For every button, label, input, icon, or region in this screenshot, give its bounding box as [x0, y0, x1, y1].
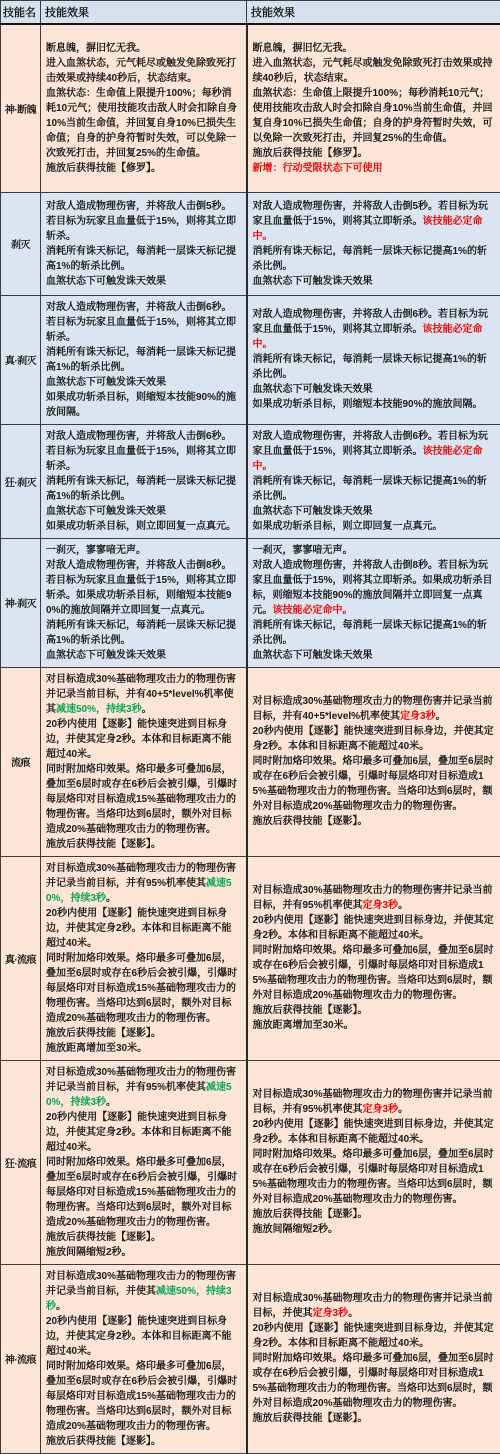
effect-text: 如果成功斩杀目标，则缩短本技能90%的施放间隔。	[253, 399, 483, 410]
effect-text: 血煞状态下可触发诛天效果	[253, 276, 373, 287]
skill-row: 刹灭对敌人造成物理伤害，并将敌人击倒5秒。若目标为玩家且血量低于15%，则将其立…	[1, 192, 500, 295]
effect-text: 血煞状态下可触发诛天效果	[46, 650, 166, 661]
effect-paragraph: 对目标造成30%基础物理攻击力的物理伤害并记录当前目标，并有40+5*level…	[46, 672, 241, 717]
effect-paragraph: 如果成功斩杀目标，则立即回复一点真元。	[46, 519, 241, 534]
effect-text: 消耗所有诛天标记，每消耗一层诛天标记提高1%的斩杀比例。	[46, 476, 236, 502]
effect-text: 施放距离增加至30米。	[46, 1043, 147, 1054]
skill-effect-new-cell: 对目标造成30%基础物理攻击力的物理伤害并记录当前目标，并使其定身3秒。20秒内…	[247, 1264, 500, 1453]
effect-paragraph: 断息魄，摒旧忆无我。	[46, 41, 241, 56]
effect-paragraph: 消耗所有诛天标记，每消耗一层诛天标记提高1%的斩杀比例。	[46, 618, 241, 648]
skill-effect-new-cell: 对敌人造成物理伤害，并将敌人击倒6秒。若目标为玩家且血量低于15%，则将其立即斩…	[247, 295, 500, 424]
skill-name-cell: 神·刹灭	[1, 538, 41, 667]
skill-effect-old-cell: 断息魄，摒旧忆无我。进入血煞状态，元气耗尽或触发免除致死打击效果或持续40秒后，…	[41, 24, 247, 192]
effect-text: 如果成功斩杀目标，则缩短本技能90%的施放间隔。	[46, 392, 236, 418]
skill-effect-new-cell: 对目标造成30%基础物理攻击力的物理伤害并记录当前目标，并有95%机率使其定身3…	[247, 856, 500, 1060]
effect-text: 一刹灭，寥寥喑无声。	[253, 545, 353, 556]
effect-paragraph: 施放后获得技能【逐影】。	[46, 1026, 241, 1041]
effect-text: 对目标造成30%基础物理攻击力的物理伤害并记录当前目标，并使其	[253, 1293, 493, 1319]
skill-row: 流痕对目标造成30%基础物理攻击力的物理伤害并记录当前目标，并有40+5*lev…	[1, 667, 500, 856]
skill-effect-new-cell: 一刹灭，寥寥喑无声。对敌人造成物理伤害，并将敌人击倒8秒。若目标为玩家且血量低于…	[247, 538, 500, 667]
effect-text: 消耗所有诛天标记，每消耗一层诛天标记提高1%的斩杀比例。	[253, 476, 487, 502]
effect-text: 施放后获得技能【修罗】。	[253, 148, 368, 159]
effect-text: 20秒内使用【逐影】能快速突进到目标身边，并使其定身2秒。本体和目标距离不能超过…	[253, 1323, 494, 1349]
effect-text: 施放后获得技能【逐影】。	[253, 1005, 368, 1016]
effect-paragraph: 对目标造成30%基础物理攻击力的物理伤害并记录当前目标，并有40+5*level…	[253, 694, 496, 724]
effect-text: 20秒内使用【逐影】能快速突进到目标身边，并使其定身2秒。本体和目标距离不能超过…	[46, 1316, 232, 1357]
effect-paragraph: 同时附加烙印效果。烙印最多可叠加6层，叠加至6层时或存在6秒后会被引爆，引爆时每…	[46, 1155, 241, 1230]
effect-paragraph: 一刹灭，寥寥喑无声。	[46, 543, 241, 558]
effect-text: 施放间隔缩短2秒。	[46, 1247, 132, 1258]
skill-name-cell: 神·流痕	[1, 1264, 41, 1453]
effect-text: 施放后获得技能【修罗】。	[46, 163, 161, 174]
effect-text: 血煞状态下可触发诛天效果	[253, 650, 373, 661]
effect-text: 施放间隔缩短2秒。	[253, 1224, 339, 1235]
highlight-red-text: 定身3秒	[400, 711, 436, 722]
effect-text: 如果成功斩杀目标，则立即回复一点真元。	[253, 521, 443, 532]
effect-paragraph: 同时附加烙印效果。烙印最多可叠加6层，叠加至6层时或存在6秒后会被引爆，引爆时每…	[46, 1359, 241, 1434]
effect-text: 对敌人造成物理伤害，并将敌人击倒6秒。若目标为玩家且血量低于15%，则将其立即斩…	[46, 302, 236, 343]
effect-paragraph: 施放后获得技能【逐影】。	[46, 1434, 241, 1449]
effect-paragraph: 进入血煞状态，元气耗尽或触发免除致死打击效果或持续40秒后，状态结束。	[46, 56, 241, 86]
header-skill-name: 技能名	[1, 1, 41, 25]
effect-paragraph: 血煞状态下可触发诛天效果	[46, 375, 241, 390]
skill-name-cell: 真·刹灭	[1, 295, 41, 424]
effect-text: 。	[348, 1308, 358, 1319]
effect-paragraph: 一刹灭，寥寥喑无声。	[253, 543, 496, 558]
effect-paragraph: 消耗所有诛天标记，每消耗一层诛天标记提高1%的斩杀比例。	[253, 352, 496, 382]
skill-row: 神·刹灭一刹灭，寥寥喑无声。对敌人造成物理伤害，并将敌人击倒8秒。若目标为玩家且…	[1, 538, 500, 667]
effect-text: 血煞状态：生命值上限提升100%；每秒消耗10元气；使用技能攻击敌人时会扣除自身…	[253, 88, 493, 144]
effect-text: 同时附加烙印效果。烙印最多可叠加6层，叠加至6层时或存在6秒后会被引爆，引爆时每…	[253, 1149, 494, 1205]
effect-paragraph: 施放距离增加至30米。	[253, 1018, 496, 1033]
effect-text: 消耗所有诛天标记，每消耗一层诛天标记提高1%的斩杀比例。	[253, 246, 487, 272]
effect-paragraph: 血煞状态下可触发诛天效果	[46, 648, 241, 663]
effect-text: 20秒内使用【逐影】能快速突进到目标身边，并使其定身2秒。本体和目标距离不能超过…	[46, 719, 232, 760]
effect-text: 20秒内使用【逐影】能快速突进到目标身边，并使其定身2秒。本体和目标距离不能超过…	[253, 1119, 494, 1145]
effect-paragraph: 20秒内使用【逐影】能快速突进到目标身边，并使其定身2秒。本体和目标距离不能超过…	[253, 913, 496, 943]
effect-paragraph: 同时附加烙印效果。烙印最多可叠加6层，叠加至6层时或存在6秒后会被引爆，引爆时每…	[46, 951, 241, 1026]
skill-effect-old-cell: 对目标造成30%基础物理攻击力的物理伤害并记录当前目标，并使其减速50%，持续3…	[41, 1264, 247, 1453]
effect-paragraph: 如果成功斩杀目标，则立即回复一点真元。	[253, 519, 496, 534]
effect-paragraph: 消耗所有诛天标记，每消耗一层诛天标记提高1%的斩杀比例。	[46, 345, 241, 375]
effect-text: 血煞状态下可触发诛天效果	[46, 506, 166, 517]
effect-text: 对敌人造成物理伤害，并将敌人击倒8秒。若目标为玩家且血量低于15%，则将其立即斩…	[46, 560, 236, 616]
effect-text: 同时附加烙印效果。烙印最多可叠加6层，叠加至6层时或存在6秒后会被引爆，引爆时每…	[46, 1157, 237, 1228]
effect-paragraph: 血煞状态下可触发诛天效果	[46, 504, 241, 519]
effect-text: 同时附加烙印效果。烙印最多可叠加6层，叠加至6层时或存在6秒后会被引爆，引爆时每…	[253, 1353, 494, 1409]
effect-paragraph: 对目标造成30%基础物理攻击力的物理伤害并记录当前目标，并使其减速50%，持续3…	[46, 1269, 241, 1314]
skill-comparison-table: 技能名 技能效果 技能效果 神·断魄断息魄，摒旧忆无我。进入血煞状态，元气耗尽或…	[0, 0, 500, 1454]
effect-paragraph: 20秒内使用【逐影】能快速突进到目标身边，并使其定身2秒。本体和目标距离不能超过…	[46, 717, 241, 762]
effect-text: 同时附加烙印效果。烙印最多可叠加6层，叠加至6层时或存在6秒后会被引爆，引爆时每…	[46, 764, 237, 835]
effect-paragraph: 消耗所有诛天标记，每消耗一层诛天标记提高1%的斩杀比例。	[253, 474, 496, 504]
effect-paragraph: 施放间隔缩短2秒。	[46, 1245, 241, 1260]
effect-paragraph: 血煞状态下可触发诛天效果	[253, 274, 496, 289]
effect-paragraph: 如果成功斩杀目标，则缩短本技能90%的施放间隔。	[46, 390, 241, 420]
highlight-green-text: 减速50%，持续3秒	[56, 704, 142, 715]
effect-paragraph: 20秒内使用【逐影】能快速突进到目标身边，并使其定身2秒。本体和目标距离不能超过…	[46, 1314, 241, 1359]
effect-paragraph: 血煞状态下可触发诛天效果	[253, 648, 496, 663]
skill-effect-new-cell: 对目标造成30%基础物理攻击力的物理伤害并记录当前目标，并有40+5*level…	[247, 667, 500, 856]
skill-name-cell: 真·流痕	[1, 856, 41, 1060]
effect-text: 对目标造成30%基础物理攻击力的物理伤害并记录当前目标，并有40+5*level…	[253, 696, 493, 722]
effect-text: 施放后获得技能【逐影】。	[46, 839, 161, 850]
effect-text: 。	[436, 711, 446, 722]
effect-text: 施放后获得技能【逐影】。	[46, 1028, 161, 1039]
effect-paragraph: 消耗所有诛天标记，每消耗一层诛天标记提高1%的斩杀比例。	[46, 474, 241, 504]
skill-effect-new-cell: 对目标造成30%基础物理攻击力的物理伤害并记录当前目标，并有95%机率使其定身3…	[247, 1060, 500, 1264]
effect-paragraph: 施放后获得技能【逐影】。	[46, 837, 241, 852]
effect-paragraph: 血煞状态：生命值上限提升100%；每秒消耗10元气；使用技能攻击敌人时会扣除自身…	[253, 86, 496, 146]
effect-text: 。	[56, 1301, 66, 1312]
effect-paragraph: 对敌人造成物理伤害，并将敌人击倒5秒。若目标为玩家且血量低于15%，则将其立即斩…	[253, 199, 496, 244]
effect-text: 。	[106, 1097, 116, 1108]
skill-row: 狂·流痕对目标造成30%基础物理攻击力的物理伤害并记录当前目标，并有95%机率使…	[1, 1060, 500, 1264]
effect-paragraph: 施放后获得技能【修罗】。	[46, 161, 241, 176]
highlight-red-text: 定身3秒	[363, 900, 399, 911]
effect-text: 施放后获得技能【逐影】。	[253, 816, 368, 827]
effect-text: 对敌人造成物理伤害，并将敌人击倒5秒。若目标为玩家且血量低于15%，则将其立即斩…	[46, 201, 236, 242]
effect-text: 消耗所有诛天标记，每消耗一层诛天标记提高1%的斩杀比例。	[253, 354, 487, 380]
effect-paragraph: 对目标造成30%基础物理攻击力的物理伤害并记录当前目标，并使其定身3秒。	[253, 1291, 496, 1321]
effect-text: 进入血煞状态，元气耗尽或触发免除致死打击效果或持续40秒后，状态结束。	[46, 58, 236, 84]
effect-paragraph: 施放距离增加至30米。	[46, 1041, 241, 1056]
effect-paragraph: 20秒内使用【逐影】能快速突进到目标身边，并使其定身2秒。本体和目标距离不能超过…	[253, 724, 496, 754]
effect-paragraph: 施放后获得技能【逐影】。	[253, 814, 496, 829]
effect-text: 20秒内使用【逐影】能快速突进到目标身边，并使其定身2秒。本体和目标距离不能超过…	[46, 908, 232, 949]
effect-text: 对敌人造成物理伤害，并将敌人击倒6秒。若目标为玩家且血量低于15%，则将其立即斩…	[46, 431, 236, 472]
table-header-row: 技能名 技能效果 技能效果	[1, 1, 500, 25]
effect-paragraph: 20秒内使用【逐影】能快速突进到目标身边，并使其定身2秒。本体和目标距离不能超过…	[253, 1321, 496, 1351]
effect-text: 施放后获得技能【逐影】。	[46, 1232, 161, 1243]
effect-text: 。	[106, 893, 116, 904]
effect-paragraph: 对目标造成30%基础物理攻击力的物理伤害并记录当前目标，并有95%机率使其减速5…	[46, 861, 241, 906]
effect-text: 消耗所有诛天标记，每消耗一层诛天标记提高1%的斩杀比例。	[46, 347, 236, 373]
effect-paragraph: 进入血煞状态，元气耗尽或触发免除致死打击效果或持续40秒后，状态结束。	[253, 56, 496, 86]
effect-paragraph: 施放间隔缩短2秒。	[253, 1222, 496, 1237]
effect-text: 断息魄，摒旧忆无我。	[46, 43, 146, 54]
skill-name-cell: 狂·刹灭	[1, 424, 41, 538]
effect-text: 。	[142, 704, 152, 715]
effect-text: 血煞状态下可触发诛天效果	[253, 384, 373, 395]
effect-paragraph: 消耗所有诛天标记，每消耗一层诛天标记提高1%的斩杀比例。	[253, 618, 496, 648]
skill-effect-old-cell: 对目标造成30%基础物理攻击力的物理伤害并记录当前目标，并有40+5*level…	[41, 667, 247, 856]
effect-text: 消耗所有诛天标记，每消耗一层诛天标记提高1%的斩杀比例。	[253, 620, 487, 646]
effect-paragraph: 对敌人造成物理伤害，并将敌人击倒6秒。若目标为玩家且血量低于15%，则将其立即斩…	[46, 300, 241, 345]
skill-effect-old-cell: 一刹灭，寥寥喑无声。对敌人造成物理伤害，并将敌人击倒8秒。若目标为玩家且血量低于…	[41, 538, 247, 667]
effect-paragraph: 对敌人造成物理伤害，并将敌人击倒5秒。若目标为玩家且血量低于15%，则将其立即斩…	[46, 199, 241, 244]
effect-text: 血煞状态下可触发诛天效果	[46, 377, 166, 388]
effect-text: 施放后获得技能【逐影】。	[46, 1436, 161, 1447]
effect-paragraph: 同时附加烙印效果。烙印最多可叠加6层，叠加至6层时或存在6秒后会被引爆，引爆时每…	[253, 1147, 496, 1207]
skill-effect-new-cell: 断息魄，摒旧忆无我。进入血煞状态，元气耗尽或触发免除致死打击效果或持续40秒后，…	[247, 24, 500, 192]
effect-paragraph: 施放后获得技能【逐影】。	[253, 1207, 496, 1222]
effect-paragraph: 血煞状态下可触发诛天效果	[253, 504, 496, 519]
effect-text: 进入血煞状态，元气耗尽或触发免除致死打击效果或持续40秒后，状态结束。	[253, 58, 493, 84]
skill-name-cell: 狂·流痕	[1, 1060, 41, 1264]
effect-paragraph: 同时附加烙印效果。烙印最多可叠加6层，叠加至6层时或存在6秒后会被引爆，引爆时每…	[253, 754, 496, 814]
effect-text: 血煞状态下可触发诛天效果	[46, 276, 166, 287]
effect-paragraph: 血煞状态下可触发诛天效果	[253, 382, 496, 397]
effect-paragraph: 血煞状态下可触发诛天效果	[46, 274, 241, 289]
skill-name-cell: 流痕	[1, 667, 41, 856]
effect-paragraph: 对目标造成30%基础物理攻击力的物理伤害并记录当前目标，并有95%机率使其定身3…	[253, 883, 496, 913]
skill-row: 狂·刹灭对敌人造成物理伤害，并将敌人击倒6秒。若目标为玩家且血量低于15%，则将…	[1, 424, 500, 538]
effect-text: 20秒内使用【逐影】能快速突进到目标身边，并使其定身2秒。本体和目标距离不能超过…	[46, 1112, 232, 1153]
effect-paragraph: 对目标造成30%基础物理攻击力的物理伤害并记录当前目标，并有95%机率使其减速5…	[46, 1065, 241, 1110]
effect-text: 消耗所有诛天标记，每消耗一层诛天标记提高1%的斩杀比例。	[46, 246, 236, 272]
effect-text: 血煞状态：生命值上限提升100%；每秒消耗10元气；使用技能攻击敌人时会扣除自身…	[46, 88, 237, 159]
effect-paragraph: 施放后获得技能【逐影】。	[253, 1411, 496, 1426]
effect-paragraph: 新增：行动受限状态下可使用	[253, 161, 496, 176]
effect-text: 断息魄，摒旧忆无我。	[253, 43, 353, 54]
skill-effect-old-cell: 对敌人造成物理伤害，并将敌人击倒6秒。若目标为玩家且血量低于15%，则将其立即斩…	[41, 424, 247, 538]
skill-row: 真·流痕对目标造成30%基础物理攻击力的物理伤害并记录当前目标，并有95%机率使…	[1, 856, 500, 1060]
effect-paragraph: 20秒内使用【逐影】能快速突进到目标身边，并使其定身2秒。本体和目标距离不能超过…	[253, 1117, 496, 1147]
effect-text: 同时附加烙印效果。烙印最多可叠加6层，叠加至6层时或存在6秒后会被引爆，引爆时每…	[46, 1361, 237, 1432]
highlight-red-text: 定身3秒	[313, 1308, 349, 1319]
effect-text: 施放后获得技能【逐影】。	[253, 1209, 368, 1220]
skill-name-cell: 刹灭	[1, 192, 41, 295]
highlight-red-text: 该技能必定命中。	[273, 605, 353, 616]
skill-effect-new-cell: 对敌人造成物理伤害，并将敌人击倒6秒。若目标为玩家且血量低于15%，则将其立即斩…	[247, 424, 500, 538]
effect-paragraph: 施放后获得技能【逐影】。	[46, 1230, 241, 1245]
effect-paragraph: 对敌人造成物理伤害，并将敌人击倒6秒。若目标为玩家且血量低于15%，则将其立即斩…	[253, 307, 496, 352]
skill-effect-old-cell: 对敌人造成物理伤害，并将敌人击倒5秒。若目标为玩家且血量低于15%，则将其立即斩…	[41, 192, 247, 295]
effect-paragraph: 施放后获得技能【逐影】。	[253, 1003, 496, 1018]
effect-text: 20秒内使用【逐影】能快速突进到目标身边，并使其定身2秒。本体和目标距离不能超过…	[253, 915, 494, 941]
skill-effect-new-cell: 对敌人造成物理伤害，并将敌人击倒5秒。若目标为玩家且血量低于15%，则将其立即斩…	[247, 192, 500, 295]
skill-row: 真·刹灭对敌人造成物理伤害，并将敌人击倒6秒。若目标为玩家且血量低于15%，则将…	[1, 295, 500, 424]
effect-paragraph: 对目标造成30%基础物理攻击力的物理伤害并记录当前目标，并有95%机率使其定身3…	[253, 1087, 496, 1117]
effect-text: 同时附加烙印效果。烙印最多可叠加6层，叠加至6层时或存在6秒后会被引爆，引爆时每…	[46, 953, 237, 1024]
effect-paragraph: 同时附加烙印效果。烙印最多可叠加6层，叠加至6层时或存在6秒后会被引爆，引爆时每…	[253, 943, 496, 1003]
skill-effect-old-cell: 对目标造成30%基础物理攻击力的物理伤害并记录当前目标，并有95%机率使其减速5…	[41, 1060, 247, 1264]
effect-paragraph: 对敌人造成物理伤害，并将敌人击倒6秒。若目标为玩家且血量低于15%，则将其立即斩…	[46, 429, 241, 474]
skill-effect-old-cell: 对目标造成30%基础物理攻击力的物理伤害并记录当前目标，并有95%机率使其减速5…	[41, 856, 247, 1060]
effect-paragraph: 20秒内使用【逐影】能快速突进到目标身边，并使其定身2秒。本体和目标距离不能超过…	[46, 906, 241, 951]
effect-paragraph: 对敌人造成物理伤害，并将敌人击倒8秒。若目标为玩家且血量低于15%，则将其立即斩…	[46, 558, 241, 618]
effect-text: 。	[398, 900, 408, 911]
effect-paragraph: 20秒内使用【逐影】能快速突进到目标身边，并使其定身2秒。本体和目标距离不能超过…	[46, 1110, 241, 1155]
effect-paragraph: 施放后获得技能【修罗】。	[253, 146, 496, 161]
highlight-red-text: 定身3秒	[363, 1104, 399, 1115]
effect-text: 血煞状态下可触发诛天效果	[253, 506, 373, 517]
skill-effect-old-cell: 对敌人造成物理伤害，并将敌人击倒6秒。若目标为玩家且血量低于15%，则将其立即斩…	[41, 295, 247, 424]
skill-row: 神·流痕对目标造成30%基础物理攻击力的物理伤害并记录当前目标，并使其减速50%…	[1, 1264, 500, 1453]
effect-paragraph: 对敌人造成物理伤害，并将敌人击倒6秒。若目标为玩家且血量低于15%，则将其立即斩…	[253, 429, 496, 474]
effect-paragraph: 消耗所有诛天标记，每消耗一层诛天标记提高1%的斩杀比例。	[46, 244, 241, 274]
header-effect-old: 技能效果	[41, 1, 247, 25]
skill-name-cell: 神·断魄	[1, 24, 41, 192]
effect-paragraph: 同时附加烙印效果。烙印最多可叠加6层，叠加至6层时或存在6秒后会被引爆，引爆时每…	[253, 1351, 496, 1411]
effect-text: 施放距离增加至30米。	[253, 1020, 354, 1031]
effect-text: 消耗所有诛天标记，每消耗一层诛天标记提高1%的斩杀比例。	[46, 620, 236, 646]
effect-text: 同时附加烙印效果。烙印最多可叠加6层，叠加至6层时或存在6秒后会被引爆，引爆时每…	[253, 756, 494, 812]
effect-text: 20秒内使用【逐影】能快速突进到目标身边，并使其定身2秒。本体和目标距离不能超过…	[253, 726, 494, 752]
skill-row: 神·断魄断息魄，摒旧忆无我。进入血煞状态，元气耗尽或触发免除致死打击效果或持续4…	[1, 24, 500, 192]
effect-paragraph: 血煞状态：生命值上限提升100%；每秒消耗10元气；使用技能攻击敌人时会扣除自身…	[46, 86, 241, 161]
effect-paragraph: 断息魄，摒旧忆无我。	[253, 41, 496, 56]
effect-text: 同时附加烙印效果。烙印最多可叠加6层，叠加至6层时或存在6秒后会被引爆，引爆时每…	[253, 945, 494, 1001]
highlight-red-text: 新增：行动受限状态下可使用	[253, 163, 383, 174]
effect-text: 如果成功斩杀目标，则立即回复一点真元。	[46, 521, 236, 532]
header-effect-new: 技能效果	[247, 1, 500, 25]
effect-paragraph: 同时附加烙印效果。烙印最多可叠加6层，叠加至6层时或存在6秒后会被引爆，引爆时每…	[46, 762, 241, 837]
effect-paragraph: 如果成功斩杀目标，则缩短本技能90%的施放间隔。	[253, 397, 496, 412]
effect-text: 。	[398, 1104, 408, 1115]
effect-paragraph: 消耗所有诛天标记，每消耗一层诛天标记提高1%的斩杀比例。	[253, 244, 496, 274]
effect-paragraph: 对敌人造成物理伤害，并将敌人击倒8秒。若目标为玩家且血量低于15%，则将其立即斩…	[253, 558, 496, 618]
effect-text: 施放后获得技能【逐影】。	[253, 1413, 368, 1424]
effect-text: 一刹灭，寥寥喑无声。	[46, 545, 146, 556]
